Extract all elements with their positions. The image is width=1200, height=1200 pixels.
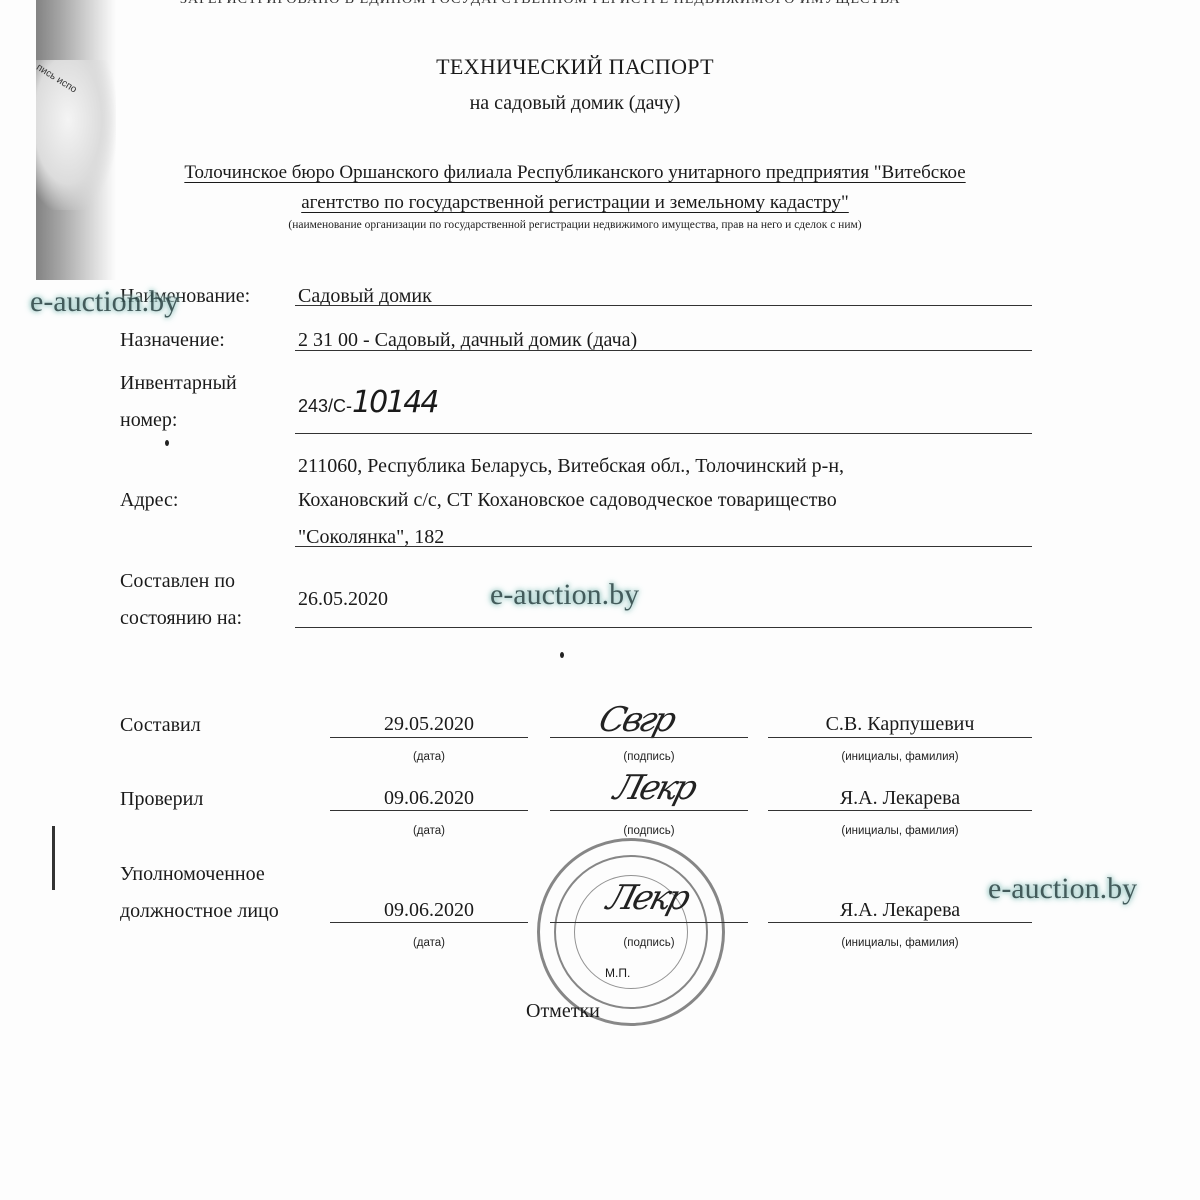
address-line-3: "Соколянка", 182 xyxy=(298,519,444,556)
cut-off-header: ЗАРЕГИСТРИРОВАНО В ЕДИНОМ ГОСУДАРСТВЕННО… xyxy=(180,0,980,6)
compiled-name-rule xyxy=(768,737,1032,738)
name-caption: (инициалы, фамилия) xyxy=(768,937,1032,949)
purpose-value: 2 31 00 - Садовый, дачный домик (дача) xyxy=(298,322,637,359)
compiled-as-of-value: 26.05.2020 xyxy=(298,581,388,618)
organization-name: Толочинское бюро Оршанского филиала Респ… xyxy=(130,158,1020,218)
official-seal xyxy=(537,838,725,1026)
compiled-signature-rule xyxy=(550,737,748,738)
date-caption: (дата) xyxy=(330,937,528,949)
organization-caption: (наименование организации по государстве… xyxy=(130,219,1020,231)
inventory-label-2: номер: xyxy=(120,402,177,439)
marks-heading: Отметки xyxy=(526,1000,600,1023)
compiled-as-of-label-1: Составлен по xyxy=(120,563,235,600)
document-title: ТЕХНИЧЕСКИЙ ПАСПОРТ xyxy=(0,54,1150,80)
authorized-date-rule xyxy=(330,922,528,923)
compiled-signature: Свгр xyxy=(595,700,678,740)
document-subtitle: на садовый домик (дачу) xyxy=(0,92,1150,115)
checked-name-rule xyxy=(768,810,1032,811)
address-rule xyxy=(295,546,1032,547)
seal-placeholder-label: М.П. xyxy=(605,966,630,980)
name-value: Садовый домик xyxy=(298,278,432,315)
signature-caption: (подпись) xyxy=(550,751,748,763)
technical-passport-page: пись испо ЗАРЕГИСТРИРОВАНО В ЕДИНОМ ГОСУ… xyxy=(0,0,1200,1200)
authorized-label-2: должностное лицо xyxy=(120,893,279,930)
speck xyxy=(165,440,169,446)
page-curl xyxy=(36,60,116,210)
organization-line-1: Толочинское бюро Оршанского филиала Респ… xyxy=(184,162,965,183)
compiled-date: 29.05.2020 xyxy=(330,713,528,736)
checked-signature-rule xyxy=(550,810,748,811)
purpose-label: Назначение: xyxy=(120,322,225,359)
inventory-value: 243/С-10144 xyxy=(298,384,437,425)
checked-date-rule xyxy=(330,810,528,811)
signature-caption: (подпись) xyxy=(550,937,748,949)
compiled-as-of-label-2: состоянию на: xyxy=(120,600,242,637)
organization-line-2: агентство по государственной регистрации… xyxy=(301,192,849,213)
watermark: e-auction.by xyxy=(490,578,639,612)
compiled-by-label: Составил xyxy=(120,707,201,744)
date-caption: (дата) xyxy=(330,751,528,763)
checked-date: 09.06.2020 xyxy=(330,787,528,810)
authorized-signature: Лекр xyxy=(603,878,692,918)
inventory-rule xyxy=(295,433,1032,434)
address-label: Адрес: xyxy=(120,482,178,519)
speck xyxy=(560,652,564,658)
signature-caption: (подпись) xyxy=(550,825,748,837)
checked-name: Я.А. Лекарева xyxy=(768,787,1032,810)
date-caption: (дата) xyxy=(330,825,528,837)
compiled-as-of-rule xyxy=(295,627,1032,628)
inventory-handwritten-number: 10144 xyxy=(352,385,437,420)
checked-by-label: Проверил xyxy=(120,781,203,818)
compiled-name: С.В. Карпушевич xyxy=(768,713,1032,736)
inventory-prefix: 243/С- xyxy=(298,396,352,416)
authorized-name-rule xyxy=(768,922,1032,923)
compiled-date-rule xyxy=(330,737,528,738)
name-caption: (инициалы, фамилия) xyxy=(768,751,1032,763)
watermark: e-auction.by xyxy=(30,285,179,319)
checked-signature: Лекр xyxy=(610,768,699,808)
authorized-date: 09.06.2020 xyxy=(330,899,528,922)
name-rule xyxy=(295,305,1032,306)
margin-mark xyxy=(52,826,55,890)
address-line-1: 211060, Республика Беларусь, Витебская о… xyxy=(298,448,844,485)
purpose-rule xyxy=(295,350,1032,351)
inventory-label-1: Инвентарный xyxy=(120,365,237,402)
authorized-signature-rule xyxy=(550,922,748,923)
watermark: e-auction.by xyxy=(988,872,1137,906)
name-caption: (инициалы, фамилия) xyxy=(768,825,1032,837)
address-line-2: Кохановский с/с, СТ Кохановское садоводч… xyxy=(298,482,837,519)
authorized-label-1: Уполномоченное xyxy=(120,856,265,893)
